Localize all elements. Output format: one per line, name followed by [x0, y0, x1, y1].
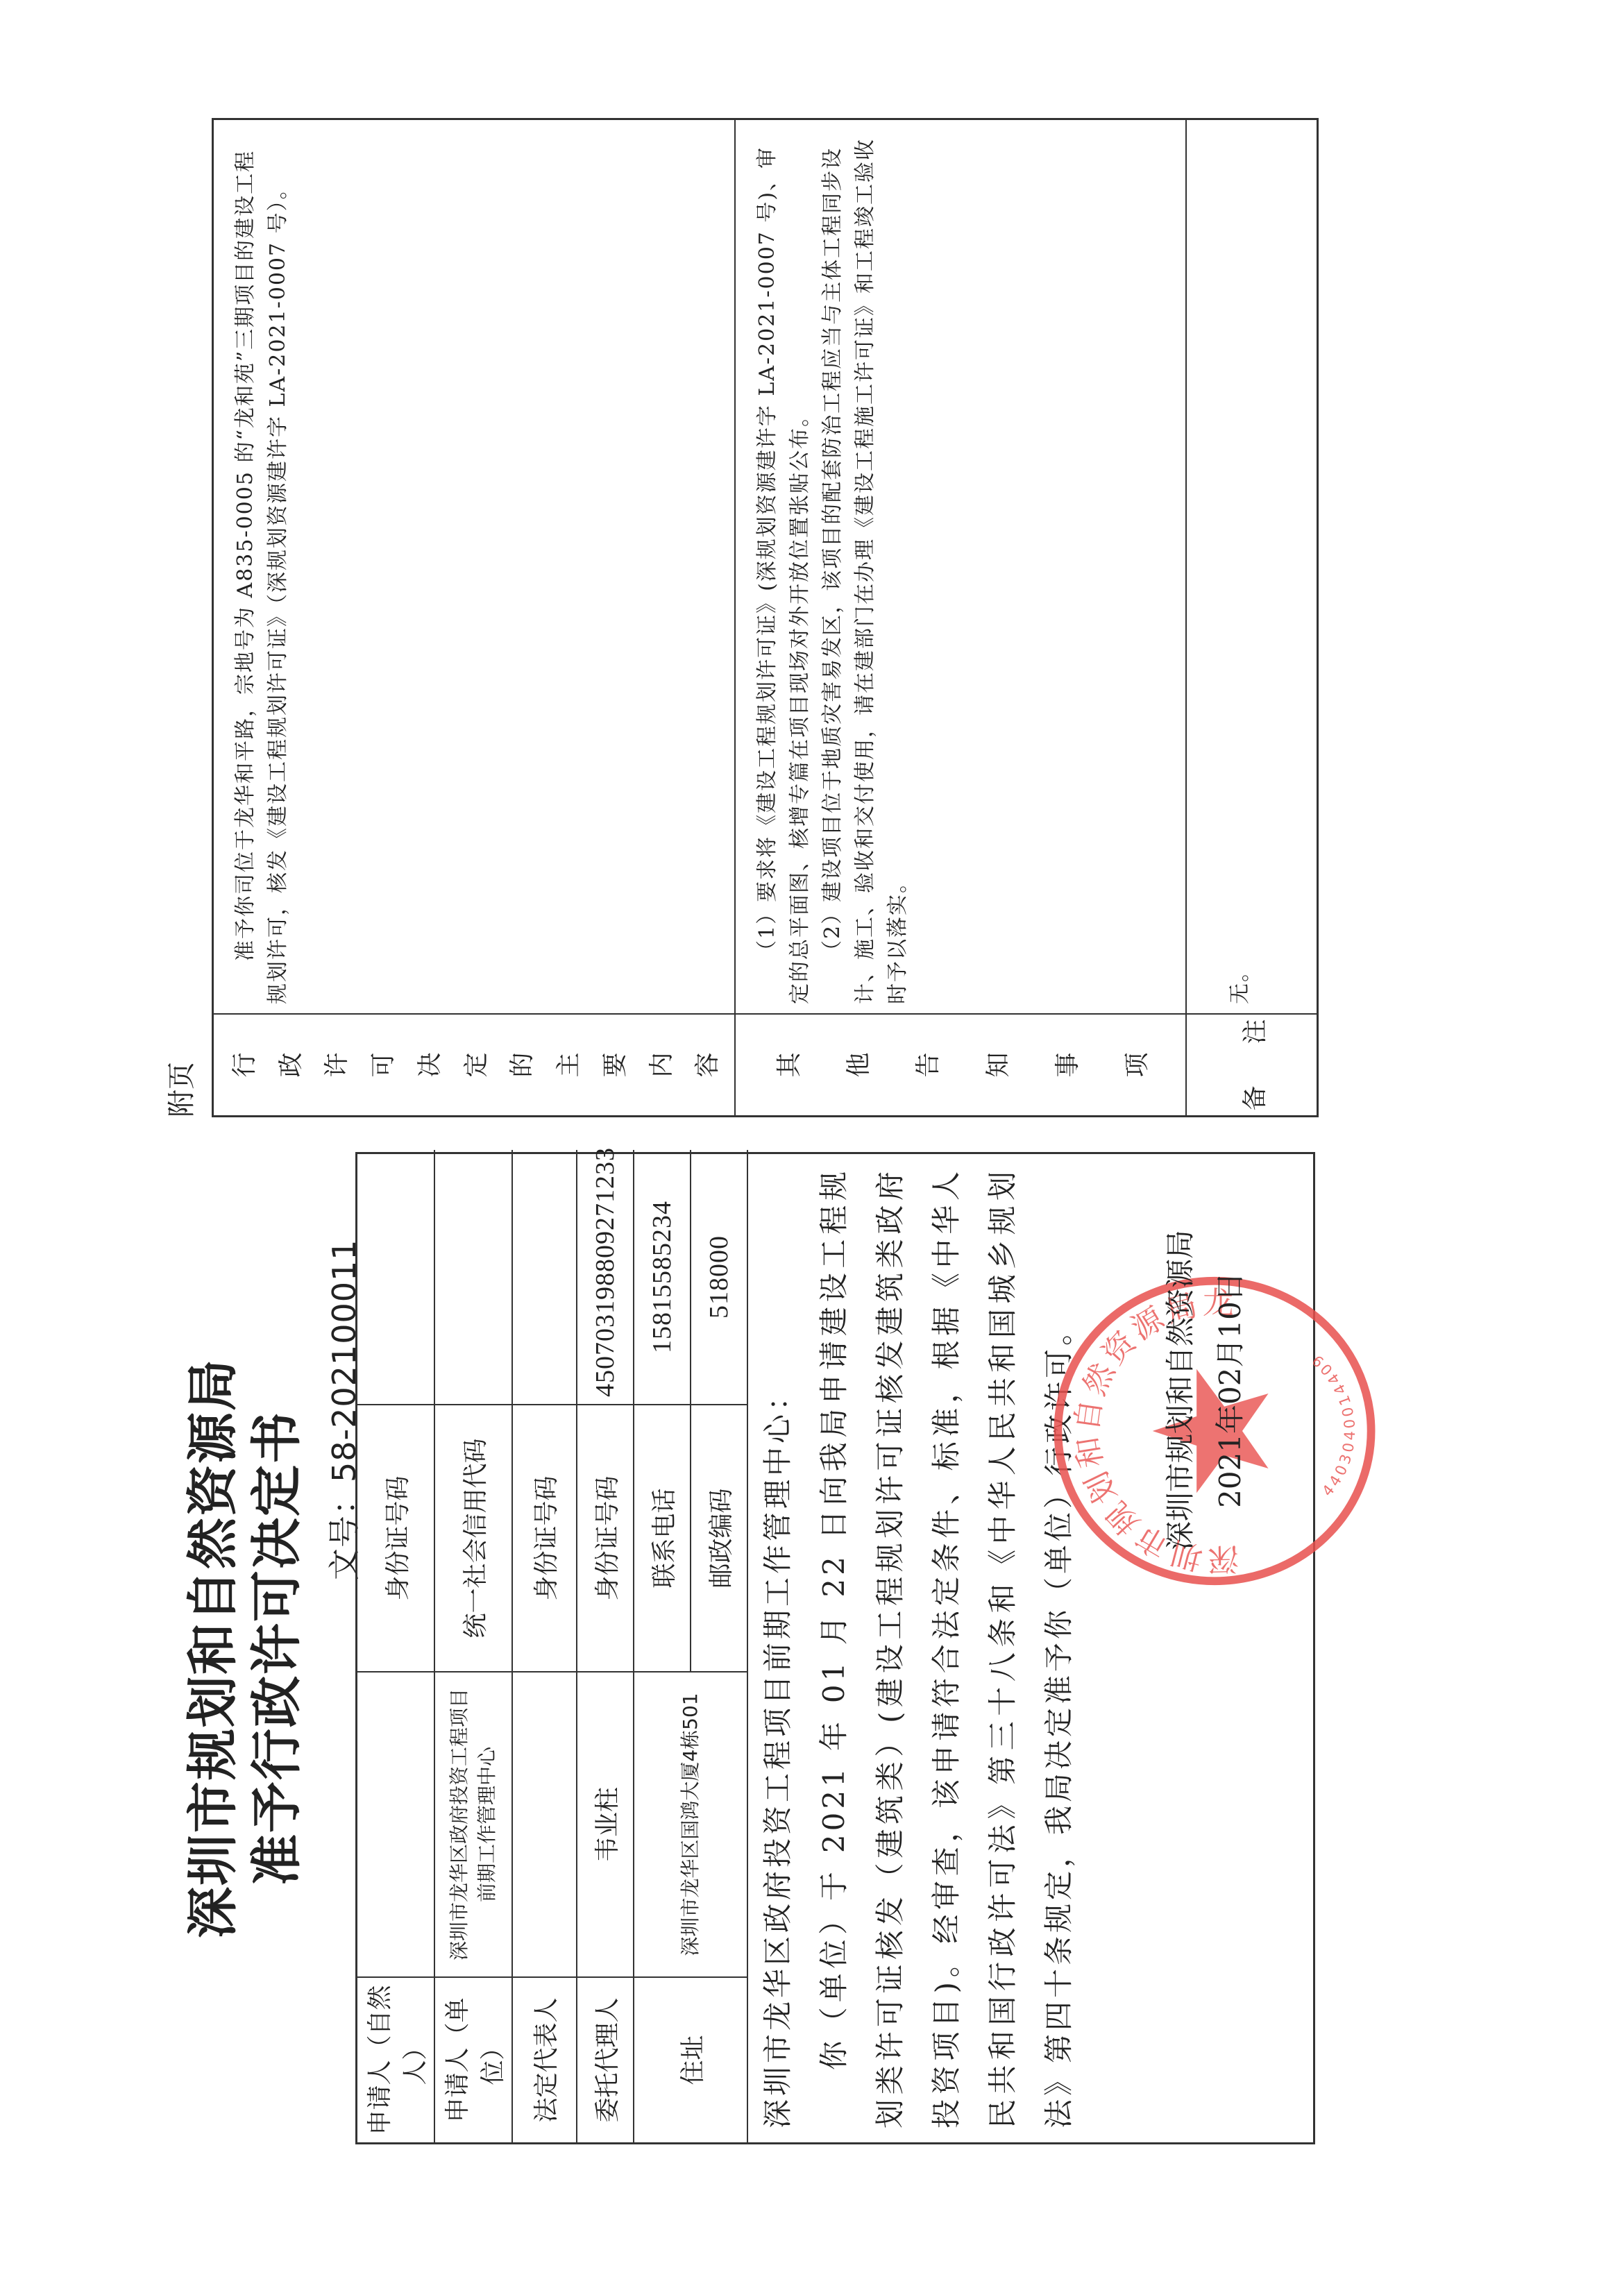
section-label-char: 容	[688, 1053, 723, 1078]
addressee: 深圳市龙华区政府投资工程项目前期工作管理中心：	[750, 1168, 806, 2128]
table-row: 申请人（单位） 深圳市龙华区政府投资工程项目前期工作管理中心 统一社会信用代码	[434, 1150, 512, 2142]
section-label-char: 行	[225, 1053, 260, 1078]
table-row: 委托代理人 韦业柱 身份证号码 450703198809271233	[577, 1150, 634, 2142]
section-label-char: 知	[979, 1053, 1014, 1078]
section-label-char: 事	[1048, 1053, 1083, 1078]
section-label-char: 的	[502, 1053, 538, 1078]
section-content: 准予你司位于龙华和平路，宗地号为 A835-0005 的“龙和苑”三期项目的建设…	[229, 134, 294, 1004]
row-id-label: 联系电话	[634, 1405, 691, 1672]
table-row: 住址 深圳市龙华区国鸿大厦4栋501 联系电话 15815585234	[634, 1150, 691, 2142]
section-label-char: 备	[1235, 1086, 1271, 1111]
section-label-char: 要	[595, 1053, 631, 1078]
section-paragraph: （2）建设项目位于地质灾害易发区，该项目的配套防治工程应当与主体工程同步设计、施…	[816, 134, 914, 1004]
section-label-char: 定	[457, 1053, 492, 1078]
section-label-char: 他	[839, 1053, 874, 1078]
row-value	[512, 1672, 577, 1977]
signoff-block: 深圳市规划和自然资源局 2021年02月10日	[1156, 1182, 1255, 1598]
section-label-char: 项	[1117, 1053, 1153, 1078]
section-label-char: 决	[410, 1053, 446, 1078]
row-id-label: 身份证号码	[357, 1405, 434, 1672]
section-label-char: 主	[549, 1053, 584, 1078]
section-label: 其他告知事项	[736, 1013, 1187, 1115]
rotated-document-page: 深圳市规划和自然资源局 准予行政许可决定书 文号：58-202100011 申请…	[0, 0, 1624, 2295]
decision-body: 深圳市龙华区政府投资工程项目前期工作管理中心： 你（单位）于 2021 年 01…	[750, 1168, 1087, 2128]
decision-paragraph: 你（单位）于 2021 年 01 月 22 日向我局申请建设工程规划类许可证核发…	[806, 1168, 1087, 2128]
section-label: 备注	[1187, 1013, 1319, 1115]
row-label: 申请人（单位）	[434, 1977, 512, 2142]
row-value: 深圳市龙华区国鸿大厦4栋501	[634, 1672, 747, 1977]
row-label: 委托代理人	[577, 1977, 634, 2142]
svg-text:4403040014409: 4403040014409	[1306, 1350, 1358, 1500]
section-label-char: 内	[642, 1053, 677, 1078]
document-title: 准予行政许可决定书	[236, 1152, 310, 2144]
applicant-info-table: 申请人（自然人） 身份证号码 申请人（单位） 深圳市龙华区政府投资工程项目前期工…	[357, 1150, 748, 2142]
section-label-char: 告	[908, 1053, 944, 1078]
appendix-table: 行政许可决定的主要内容 准予你司位于龙华和平路，宗地号为 A835-0005 的…	[212, 118, 1319, 1117]
section-label-char: 其	[770, 1053, 805, 1078]
appendix-section-main-content: 行政许可决定的主要内容 准予你司位于龙华和平路，宗地号为 A835-0005 的…	[214, 120, 734, 1115]
row-value: 韦业柱	[577, 1672, 634, 1977]
appendix-page-label: 附页	[160, 1062, 199, 1117]
row-id-value	[357, 1150, 434, 1405]
row-label: 住址	[634, 1977, 747, 2142]
appendix-section-other-notices: 其他告知事项 （1）要求将《建设工程规划许可证》(深规划资源建许字 LA-202…	[734, 120, 1187, 1115]
section-label: 行政许可决定的主要内容	[214, 1013, 734, 1115]
row-id-label: 邮政编码	[691, 1405, 747, 1672]
row-id-value: 518000	[691, 1150, 747, 1405]
issuer-title: 深圳市规划和自然资源局	[172, 1152, 246, 2144]
issuer-name: 深圳市规划和自然资源局	[1156, 1182, 1206, 1598]
row-id-value: 15815585234	[634, 1150, 691, 1405]
row-label: 申请人（自然人）	[357, 1977, 434, 2142]
issue-date: 2021年02月10日	[1206, 1182, 1255, 1598]
section-paragraph: 准予你司位于龙华和平路，宗地号为 A835-0005 的“龙和苑”三期项目的建设…	[229, 134, 294, 1004]
row-id-value	[512, 1150, 577, 1405]
row-id-label: 身份证号码	[512, 1405, 577, 1672]
row-id-value	[434, 1150, 512, 1405]
section-paragraph: 无。	[1224, 134, 1256, 1004]
row-id-label: 统一社会信用代码	[434, 1405, 512, 1672]
section-content: 无。	[1224, 134, 1256, 1004]
row-value: 深圳市龙华区政府投资工程项目前期工作管理中心	[434, 1672, 512, 1977]
section-label-char: 许	[317, 1053, 353, 1078]
appendix-section-remarks: 备注 无。	[1185, 120, 1319, 1115]
row-label: 法定代表人	[512, 1977, 577, 2142]
row-id-label: 身份证号码	[577, 1405, 634, 1672]
table-row: 申请人（自然人） 身份证号码	[357, 1150, 434, 2142]
section-label-char: 注	[1235, 1019, 1271, 1044]
section-label-char: 政	[271, 1053, 307, 1078]
decision-form: 申请人（自然人） 身份证号码 申请人（单位） 深圳市龙华区政府投资工程项目前期工…	[355, 1152, 1315, 2144]
row-id-value: 450703198809271233	[577, 1150, 634, 1405]
section-paragraph: （1）要求将《建设工程规划许可证》(深规划资源建许字 LA-2021-0007 …	[751, 134, 816, 1004]
section-content: （1）要求将《建设工程规划许可证》(深规划资源建许字 LA-2021-0007 …	[751, 134, 914, 1004]
seal-code: 4403040014409	[1306, 1350, 1358, 1500]
section-label-char: 可	[364, 1053, 399, 1078]
table-row: 法定代表人 身份证号码	[512, 1150, 577, 2142]
row-value	[357, 1672, 434, 1977]
